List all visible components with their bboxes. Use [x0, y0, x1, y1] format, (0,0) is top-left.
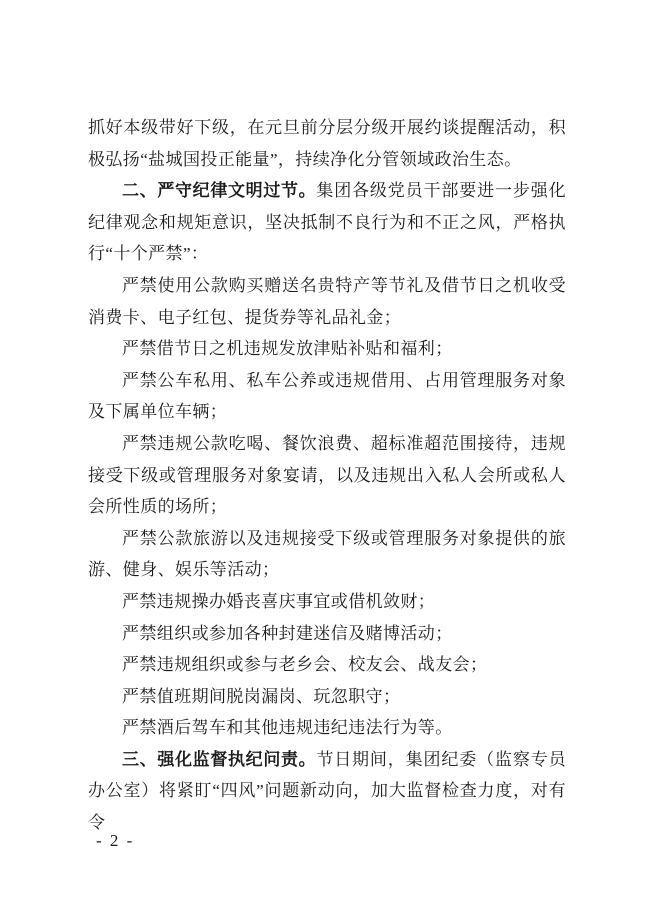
section-heading-3: 三、强化监督执纪问责。节日期间，集团纪委（监察专员办公室）将紧盯“四风”问题新动… — [88, 744, 566, 839]
prohibition-item-7: 严禁组织或参加各种封建迷信及赌博活动； — [88, 618, 566, 650]
document-page: 抓好本级带好下级，在元旦前分层分级开展约谈提醒活动，积极弘扬“盐城国投正能量”，… — [0, 0, 648, 916]
prohibition-item-6: 严禁违规操办婚丧喜庆事宜或借机敛财； — [88, 586, 566, 618]
page-number: - 2 - — [96, 831, 134, 851]
prohibition-item-9: 严禁值班期间脱岗漏岗、玩忽职守； — [88, 681, 566, 713]
prohibition-item-5: 严禁公款旅游以及违规接受下级或管理服务对象提供的旅游、健身、娱乐等活动； — [88, 523, 566, 586]
section-heading-2: 二、严守纪律文明过节。集团各级党员干部要进一步强化纪律观念和规矩意识，坚决抵制不… — [88, 175, 566, 270]
paragraph-continuation: 抓好本级带好下级，在元旦前分层分级开展约谈提醒活动，积极弘扬“盐城国投正能量”，… — [88, 112, 566, 175]
section-2-lead: 二、严守纪律文明过节。 — [122, 181, 316, 200]
prohibition-item-2: 严禁借节日之机违规发放津贴补贴和福利； — [88, 333, 566, 365]
section-3-lead: 三、强化监督执纪问责。 — [122, 750, 316, 769]
document-body: 抓好本级带好下级，在元旦前分层分级开展约谈提醒活动，积极弘扬“盐城国投正能量”，… — [88, 112, 566, 839]
prohibition-item-1: 严禁使用公款购买赠送名贵特产等节礼及借节日之机收受消费卡、电子红包、提货券等礼品… — [88, 270, 566, 333]
prohibition-item-8: 严禁违规组织或参与老乡会、校友会、战友会； — [88, 649, 566, 681]
prohibition-item-10: 严禁酒后驾车和其他违规违纪违法行为等。 — [88, 712, 566, 744]
prohibition-item-3: 严禁公车私用、私车公养或违规借用、占用管理服务对象及下属单位车辆； — [88, 365, 566, 428]
prohibition-item-4: 严禁违规公款吃喝、餐饮浪费、超标准超范围接待，违规接受下级或管理服务对象宴请，以… — [88, 428, 566, 523]
